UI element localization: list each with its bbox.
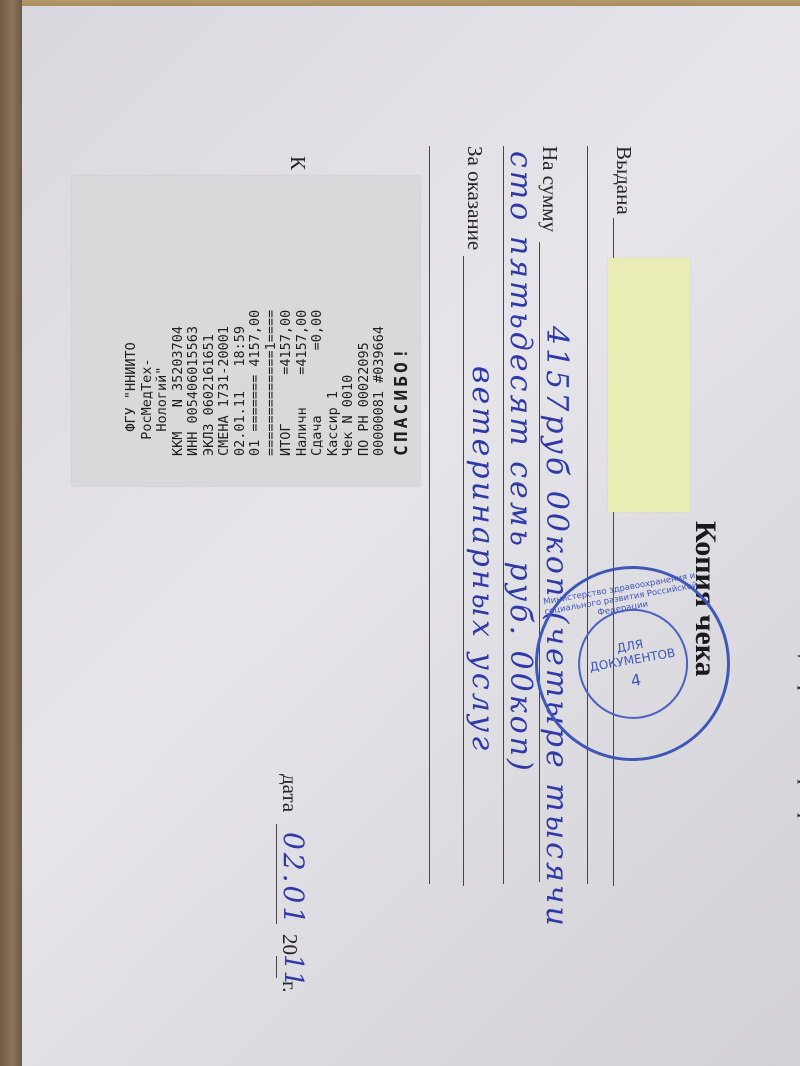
receipt-line: СМЕНА 1731-20001 <box>217 176 233 456</box>
service-handwritten: ветеринарных услуг <box>465 366 500 753</box>
date-handwritten: 02.01 <box>277 832 310 927</box>
receipt-line: Сдача =0,00 <box>310 176 326 456</box>
amount-handwritten-line2: сто пятьдесят семь руб. 00коп) <box>503 151 538 774</box>
receipt-line: Нологий" <box>155 176 171 456</box>
issued-to-line-2 <box>587 146 588 884</box>
receipt-footer: СПАСИБО! <box>394 176 410 456</box>
service-line-2 <box>429 146 430 884</box>
receipt-line: ПО РН 00022095 <box>357 176 373 456</box>
receipt-line: Кассир 1 <box>326 176 342 456</box>
receipt-line: ККМ N 35203704 <box>171 176 187 456</box>
cash-register-receipt: ФГУ "ННИИТО РосМедТех- Нологий"ККМ N 352… <box>72 176 420 486</box>
receipt-line: 02.01.11 18:59 <box>233 176 249 456</box>
issued-to-label: Выдана <box>611 146 636 215</box>
year-suffix: г. <box>277 981 302 993</box>
receipt-line: Наличн =4157,00 <box>295 176 311 456</box>
receipt-line: РосМедТех- <box>140 176 156 456</box>
service-line <box>463 256 464 886</box>
service-label: За оказание <box>462 146 487 250</box>
date-label: дата <box>277 774 302 812</box>
paper-sheet: Центральная ветеринарная клиника Копия ч… <box>22 6 800 1066</box>
clinic-name: Центральная ветеринарная клиника <box>796 646 800 1066</box>
receipt-line: 01 ======= 4157,00 <box>248 176 264 456</box>
receipt-lines: ФГУ "ННИИТО РосМедТех- Нологий"ККМ N 352… <box>124 176 388 456</box>
receipt-line: ИТОГ =4157,00 <box>279 176 295 456</box>
receipt-line: ИНН 005406015563 <box>186 176 202 456</box>
year-prefix: 20 <box>277 934 302 955</box>
redaction-sticky-note <box>608 258 690 512</box>
stamp-number: 4 <box>629 669 642 689</box>
year-line <box>276 956 277 978</box>
amount-label: На сумму <box>537 146 562 232</box>
receipt-line: ФГУ "ННИИТО <box>124 176 140 456</box>
receipt-content: ФГУ "ННИИТО РосМедТех- Нологий"ККМ N 352… <box>72 176 420 486</box>
receipt-line: =============1==== <box>264 176 280 456</box>
receipt-copy-form: Центральная ветеринарная клиника Копия ч… <box>44 6 800 1066</box>
receipt-line: 00000081 #039664 <box>372 176 388 456</box>
receipt-line: Чек N 0010 <box>341 176 357 456</box>
receipt-line: ЭКЛЗ 0602161651 <box>202 176 218 456</box>
cashier-label: К <box>285 156 310 170</box>
